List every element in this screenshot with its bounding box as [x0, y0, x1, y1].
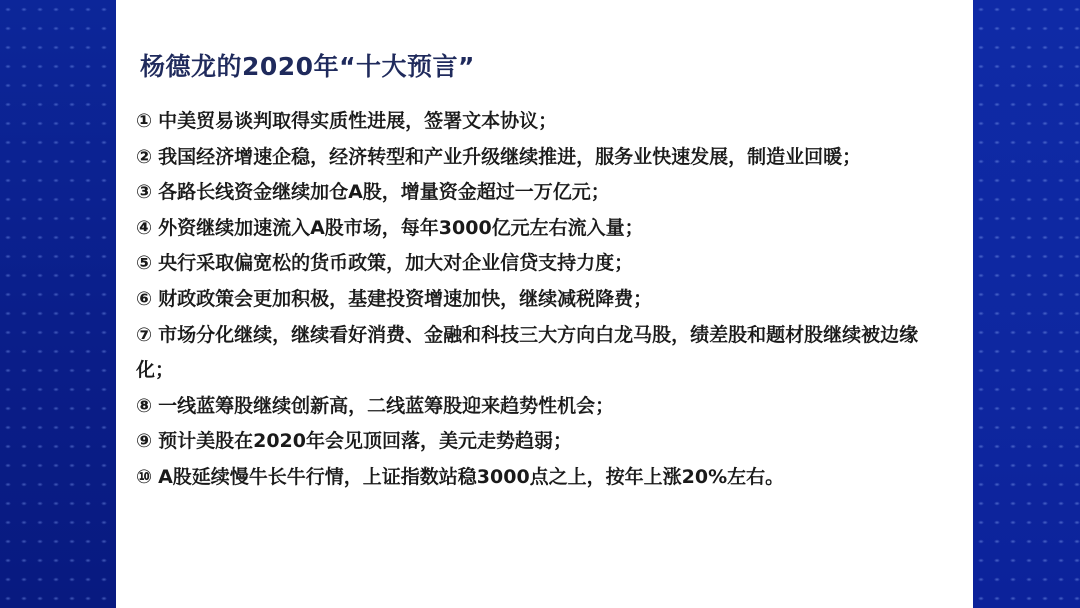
item-text: 外资继续加速流入A股市场，每年3000亿元左右流入量；	[158, 217, 644, 239]
item-number: ⑥	[136, 282, 152, 318]
list-item: ⑩A股延续慢牛长牛行情，上证指数站稳3000点之上，按年上涨20%左右。	[136, 460, 946, 496]
item-text: 我国经济增速企稳，经济转型和产业升级继续推进，服务业快速发展，制造业回暖；	[158, 146, 861, 168]
item-text: 一线蓝筹股继续创新高，二线蓝筹股迎来趋势性机会；	[158, 395, 614, 417]
list-item: ⑧一线蓝筹股继续创新高，二线蓝筹股迎来趋势性机会；	[136, 389, 946, 425]
item-number: ⑩	[136, 460, 152, 496]
list-item: ⑨预计美股在2020年会见顶回落，美元走势趋弱；	[136, 424, 946, 460]
item-number: ⑨	[136, 424, 152, 460]
list-item: ③各路长线资金继续加仓A股，增量资金超过一万亿元；	[136, 175, 946, 211]
slide-title: 杨德龙的2020年“十大预言”	[140, 50, 475, 84]
left-blue-pattern-panel	[0, 0, 116, 608]
item-text: 央行采取偏宽松的货币政策，加大对企业信贷支持力度；	[158, 252, 633, 274]
item-number: ①	[136, 104, 152, 140]
item-number: ⑧	[136, 389, 152, 425]
item-number: ②	[136, 140, 152, 176]
predictions-list: ①中美贸易谈判取得实质性进展，签署文本协议； ②我国经济增速企稳，经济转型和产业…	[136, 104, 946, 496]
item-text: 中美贸易谈判取得实质性进展，签署文本协议；	[158, 110, 557, 132]
item-text: 财政政策会更加积极，基建投资增速加快，继续减税降费；	[158, 288, 652, 310]
item-text: 各路长线资金继续加仓A股，增量资金超过一万亿元；	[158, 181, 610, 203]
list-item: ④外资继续加速流入A股市场，每年3000亿元左右流入量；	[136, 211, 946, 247]
content-panel: 杨德龙的2020年“十大预言” ①中美贸易谈判取得实质性进展，签署文本协议； ②…	[116, 0, 973, 608]
list-item: ⑤央行采取偏宽松的货币政策，加大对企业信贷支持力度；	[136, 246, 946, 282]
item-number: ⑦	[136, 318, 152, 354]
right-blue-pattern-panel	[973, 0, 1080, 608]
item-number: ⑤	[136, 246, 152, 282]
list-item: ⑦市场分化继续，继续看好消费、金融和科技三大方向白龙马股，绩差股和题材股继续被边…	[136, 318, 946, 389]
list-item: ①中美贸易谈判取得实质性进展，签署文本协议；	[136, 104, 946, 140]
list-item: ⑥财政政策会更加积极，基建投资增速加快，继续减税降费；	[136, 282, 946, 318]
slide: 杨德龙的2020年“十大预言” ①中美贸易谈判取得实质性进展，签署文本协议； ②…	[0, 0, 1080, 608]
item-text: 预计美股在2020年会见顶回落，美元走势趋弱；	[158, 430, 572, 452]
list-item: ②我国经济增速企稳，经济转型和产业升级继续推进，服务业快速发展，制造业回暖；	[136, 140, 946, 176]
item-number: ④	[136, 211, 152, 247]
item-text: A股延续慢牛长牛行情，上证指数站稳3000点之上，按年上涨20%左右。	[158, 466, 784, 488]
item-number: ③	[136, 175, 152, 211]
item-text: 市场分化继续，继续看好消费、金融和科技三大方向白龙马股，绩差股和题材股继续被边缘…	[136, 324, 918, 382]
